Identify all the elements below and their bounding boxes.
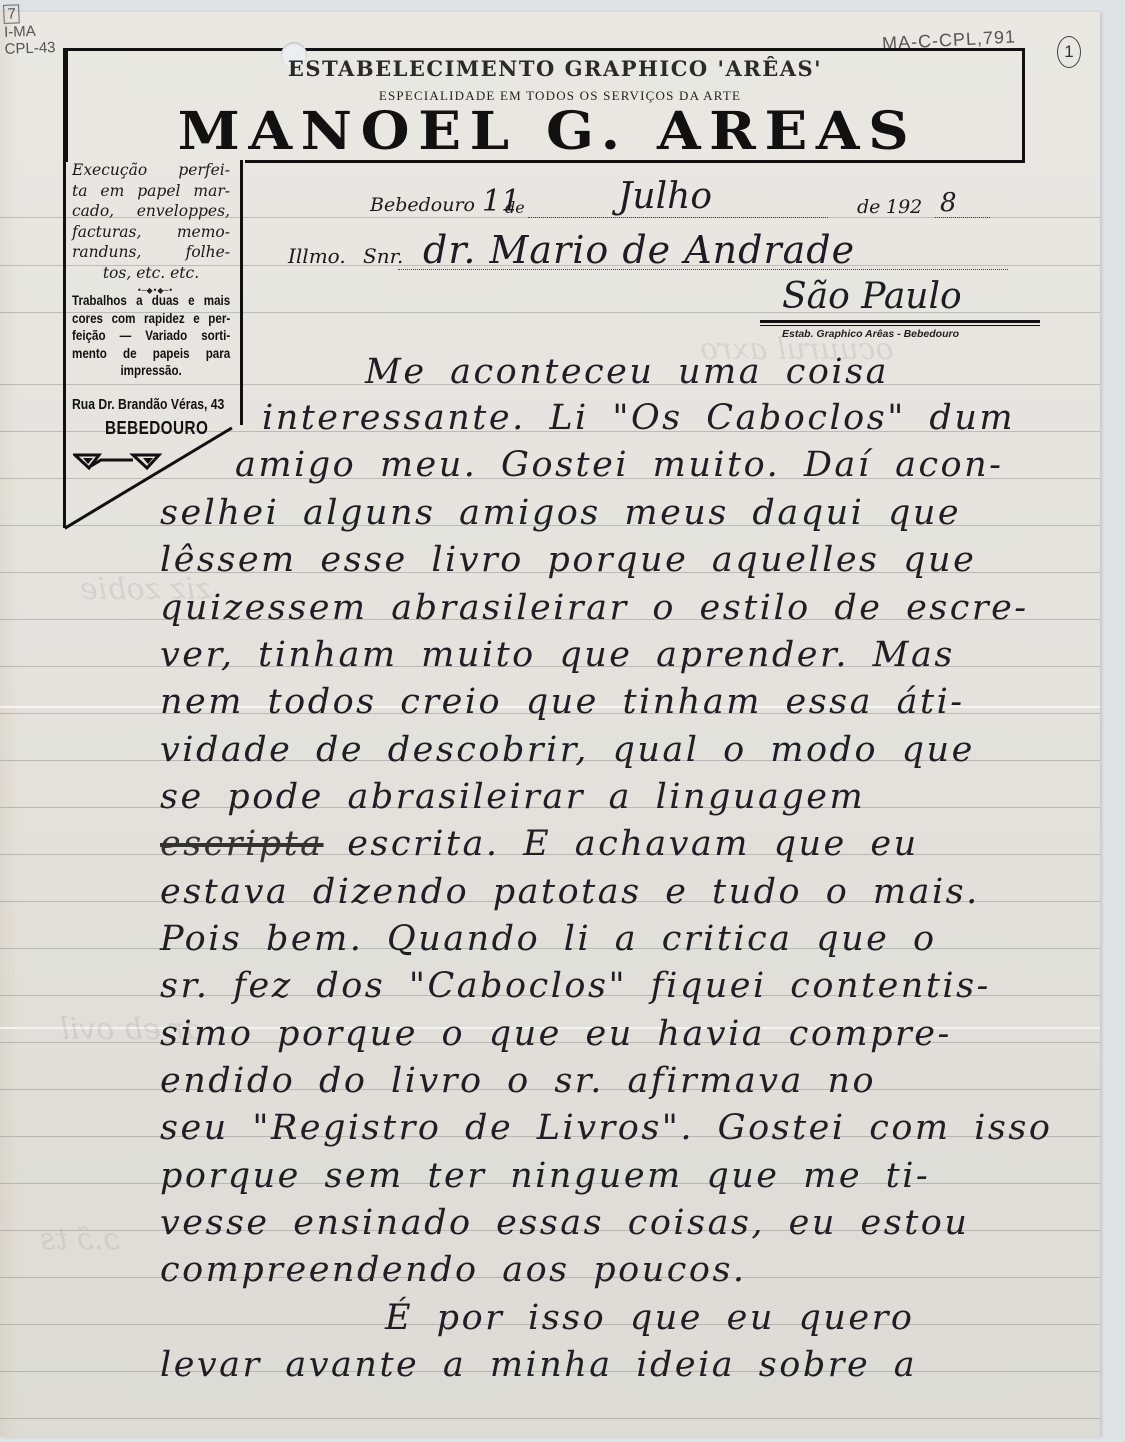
body-line: Me aconteceu uma coisa (365, 352, 889, 392)
letterhead-sidebar-border (240, 160, 243, 425)
ruling-line (0, 1418, 1100, 1419)
body-line: se pode abrasileirar a linguagem (160, 777, 865, 817)
addressee-city: São Paulo (782, 276, 962, 317)
body-line: levar avante a minha ideia sobre a (160, 1345, 917, 1385)
body-line: seu "Registro de Livros". Gostei com iss… (160, 1108, 1052, 1148)
body-line: porque sem ter ninguem que me ti- (160, 1156, 930, 1196)
body-line: É por isso que eu quero (385, 1298, 914, 1338)
body-line: quizessem abrasileirar o estilo de escre… (160, 588, 1029, 628)
sidebar-services-text: Trabalhos a duas e mais cores com rapide… (72, 292, 230, 380)
establishment-title: ESTABELECIMENTO GRAPHICO 'ARÊAS' (225, 56, 885, 81)
body-line: compreendendo aos poucos. (160, 1250, 747, 1290)
page-number: 1 (1057, 36, 1081, 68)
body-line: Pois bem. Quando li a critica que o (160, 919, 937, 959)
date-month: Julho (618, 176, 712, 217)
letterhead-ornament-icon (73, 452, 163, 474)
owner-name-heading: MANOEL G. AREAS (37, 103, 1058, 161)
sidebar-address: Rua Dr. Brandão Véras, 43 (72, 397, 227, 413)
sidebar-city: BEBEDOURO (105, 418, 207, 439)
struck-word: escripta (160, 824, 324, 864)
body-line: escripta escrita. E achavam que eu (160, 824, 919, 864)
body-line: vidade de descobrir, qual o modo que (160, 730, 975, 770)
body-line: simo porque o que eu havia compre- (160, 1014, 952, 1054)
archive-mark-top-left: 7 I-MA CPL-43 (3, 3, 56, 58)
body-line-rest: escrita. E achavam que eu (347, 824, 918, 864)
addressee-name: dr. Mario de Andrade (423, 228, 855, 272)
date-place: Bebedouro (370, 194, 475, 216)
body-line: estava dizendo patotas e tudo o mais. (160, 872, 980, 912)
body-line: lêssem esse livro porque aquelles que (160, 540, 976, 580)
body-line: sr. fez dos "Caboclos" fiquei contentis- (160, 966, 991, 1006)
addressee-city-block: São Paulo Estab. Graphico Arêas - Bebedo… (760, 276, 1040, 340)
body-line: amigo meu. Gostei muito. Daí acon- (235, 445, 1004, 485)
body-line: vesse ensinado essas coisas, eu estou (160, 1203, 969, 1243)
body-line: selhei alguns amigos meus daqui que (160, 493, 961, 533)
body-line: endido do livro o sr. afirmava no (160, 1061, 876, 1101)
sidebar-italic-text: Execução perfei- ta em papel mar- cado, … (72, 160, 230, 283)
date-year-prefix: 192 (886, 196, 922, 218)
date-line: Bebedouro 11 de Julho de 192 8 (370, 190, 990, 220)
body-line: ver, tinham muito que aprender. Mas (160, 635, 955, 675)
body-line: nem todos creio que tinham essa áti- (160, 682, 965, 722)
addressee-line: Illmo. Snr. dr. Mario de Andrade (288, 236, 1008, 276)
body-line: interessante. Li "Os Caboclos" dum (262, 398, 1015, 438)
date-year-digit: 8 (940, 188, 957, 218)
printer-credit: Estab. Graphico Arêas - Bebedouro (782, 328, 959, 340)
